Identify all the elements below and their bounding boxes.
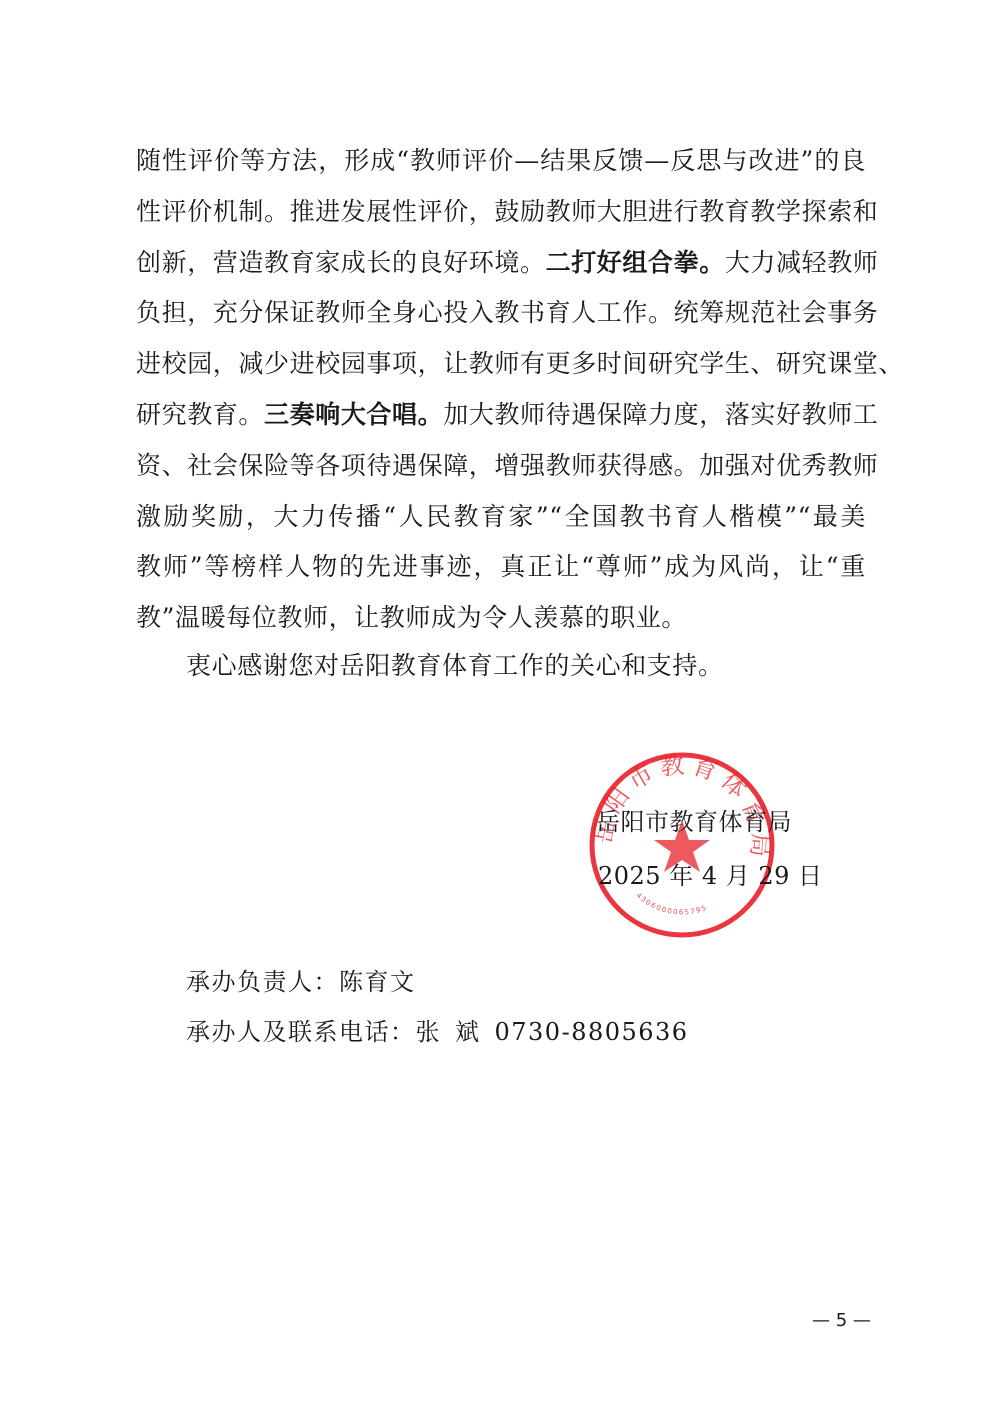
body-paragraph: 随性评价等方法，形成“教师评价—结果反馈—反思与改进”的良 性评价机制。推进发展… xyxy=(136,136,866,644)
text-line: 负担，充分保证教师全身心投入教书育人工作。统筹规范社会事务 xyxy=(136,288,866,339)
text-line: 进校园，减少进校园事项，让教师有更多时间研究学生、研究课堂、 xyxy=(136,339,866,390)
text-line: 性评价机制。推进发展性评价，鼓励教师大胆进行教育教学探索和 xyxy=(136,187,866,238)
text-segment: 创新，营造教育家成长的良好环境。 xyxy=(136,248,546,277)
text-line: 创新，营造教育家成长的良好环境。二打好组合拳。大力减轻教师 xyxy=(136,238,866,289)
text-segment: 大力减轻教师 xyxy=(725,248,879,277)
text-line: 教”温暖每位教师，让教师成为令人羡慕的职业。 xyxy=(136,593,866,644)
bold-heading-three: 三奏响大合唱。 xyxy=(264,400,443,429)
text-segment: 研究教育。 xyxy=(136,400,264,429)
handler-name-1: 张 xyxy=(416,1018,442,1046)
signature-org: 岳阳市教育体育局 xyxy=(596,802,792,837)
text-line: 激励奖励，大力传播“人民教育家”“全国教书育人楷模”“最美 xyxy=(136,492,866,543)
handler-phone: 0730-8805636 xyxy=(495,1018,689,1046)
handler-name-2: 斌 xyxy=(455,1018,481,1046)
page-number: — 5 — xyxy=(812,1310,871,1331)
responsible-label: 承办负责人： xyxy=(186,968,339,996)
text-line: 研究教育。三奏响大合唱。加大教师待遇保障力度，落实好教师工 xyxy=(136,390,866,441)
handler-contact: 承办人及联系电话：张斌0730-8805636 xyxy=(186,1012,689,1047)
official-seal-icon: 岳阳市教育体育局 4306000065795 xyxy=(584,750,780,940)
bold-heading-two: 二打好组合拳。 xyxy=(546,248,725,277)
signature-date: 2025 年 4 月 29 日 xyxy=(598,856,823,891)
text-line: 随性评价等方法，形成“教师评价—结果反馈—反思与改进”的良 xyxy=(136,136,866,187)
svg-text:4306000065795: 4306000065795 xyxy=(635,891,709,916)
text-line: 教师”等榜样人物的先进事迹，真正让“尊师”成为风尚，让“重 xyxy=(136,542,866,593)
handler-label: 承办人及联系电话： xyxy=(186,1018,416,1046)
thanks-line: 衷心感谢您对岳阳教育体育工作的关心和支持。 xyxy=(186,646,724,682)
document-page: 随性评价等方法，形成“教师评价—结果反馈—反思与改进”的良 性评价机制。推进发展… xyxy=(0,0,1000,1414)
text-line: 资、社会保险等各项待遇保障，增强教师获得感。加强对优秀教师 xyxy=(136,441,866,492)
responsible-person: 承办负责人：陈育文 xyxy=(186,962,416,997)
text-segment: 加大教师待遇保障力度，落实好教师工 xyxy=(443,400,878,429)
responsible-name: 陈育文 xyxy=(339,968,416,996)
